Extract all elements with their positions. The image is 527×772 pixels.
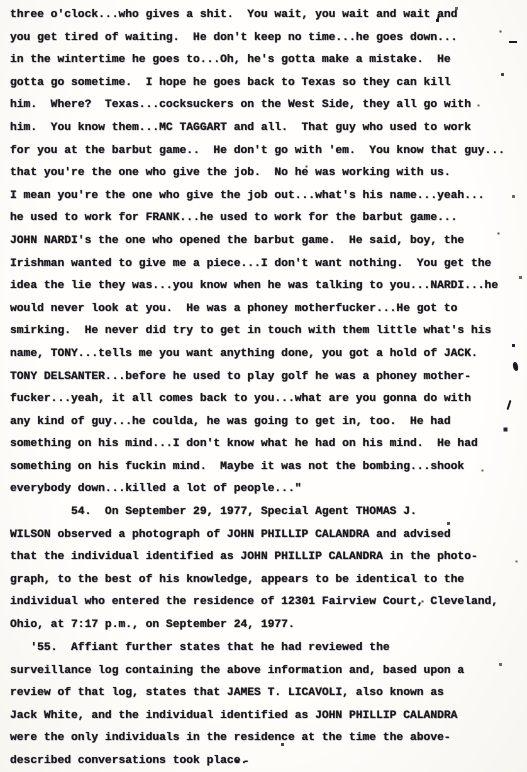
scan-noise-specks [0, 0, 1, 1]
transcript-line: that you're the one who give the job. No… [10, 162, 505, 185]
transcript-line: idea the lie they was...you know when he… [10, 275, 505, 298]
transcript-line: TONY DELSANTER...before he used to play … [10, 366, 505, 389]
transcript-line: him. You know them...MC TAGGART and all.… [10, 117, 505, 140]
transcript-line: Irishman wanted to give me a piece...I d… [10, 253, 505, 276]
paragraph-54-line: that the individual identified as JOHN P… [10, 546, 498, 569]
scan-artifact-ink-blob [512, 362, 518, 372]
paragraph-54-line: individual who entered the residence of … [10, 591, 498, 614]
affidavit-paragraph-54: 54. On September 29, 1977, Special Agent… [10, 501, 498, 637]
document-page: three o'clock...who gives a shit. You wa… [0, 0, 527, 772]
transcript-line: would never look at you. He was a phoney… [10, 298, 505, 321]
paragraph-55-line: were the only individuals in the residen… [10, 727, 464, 750]
transcript-line: something on his mind...I don't know wha… [10, 433, 505, 456]
scan-artifact-dash [509, 41, 517, 43]
paragraph-55-line: '55. Affiant further states that he had … [10, 637, 464, 660]
transcript-line: I mean you're the one who give the job o… [10, 185, 505, 208]
paragraph-54-line: WILSON observed a photograph of JOHN PHI… [10, 524, 498, 547]
paragraph-54-line: 54. On September 29, 1977, Special Agent… [10, 501, 498, 524]
transcript-line: he used to work for FRANK...he used to w… [10, 207, 505, 230]
transcript-line: him. Where? Texas...cocksuckers on the W… [10, 94, 505, 117]
transcript-line: you get tired of waiting. He don't keep … [10, 27, 505, 50]
paragraph-54-line: Ohio, at 7:17 p.m., on September 24, 197… [10, 614, 498, 637]
transcript-line: something on his fuckin mind. Maybe it w… [10, 456, 505, 479]
transcript-line: any kind of guy...he coulda, he was goin… [10, 411, 505, 434]
transcript-line: gotta go sometime. I hope he goes back t… [10, 72, 505, 95]
paragraph-55-line: review of that log, states that JAMES T.… [10, 682, 464, 705]
transcript-line: for you at the barbut game.. He don't go… [10, 140, 505, 163]
paragraph-55-line: surveillance log containing the above in… [10, 660, 464, 683]
scan-artifact-slash [507, 400, 512, 410]
paragraph-54-line: graph, to the best of his knowledge, app… [10, 569, 498, 592]
transcript-line: JOHN NARDI's the one who opened the barb… [10, 230, 505, 253]
affidavit-paragraph-55: '55. Affiant further states that he had … [10, 637, 464, 772]
transcript-block: three o'clock...who gives a shit. You wa… [10, 4, 505, 501]
transcript-line: fucker...yeah, it all comes back to you.… [10, 388, 505, 411]
transcript-line: name, TONY...tells me you want anything … [10, 343, 505, 366]
paragraph-55-line: Jack White, and the individual identifie… [10, 705, 464, 728]
page-number-mark: -- [234, 756, 252, 768]
transcript-line: three o'clock...who gives a shit. You wa… [10, 4, 505, 27]
transcript-line: in the wintertime he goes to...Oh, he's … [10, 49, 505, 72]
transcript-line: everybody down...killed a lot of people.… [10, 478, 505, 501]
transcript-line: smirking. He never did try to get in tou… [10, 320, 505, 343]
